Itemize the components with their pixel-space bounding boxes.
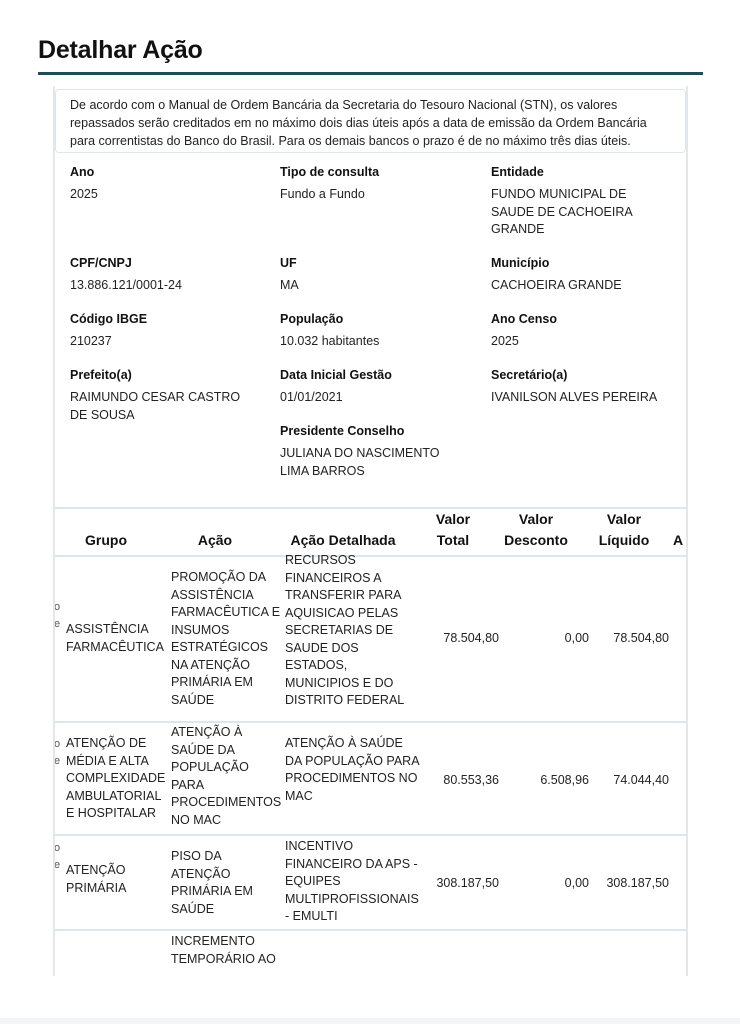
field-value: 01/01/2021 [280,389,470,407]
field-label: CPF/CNPJ [70,255,260,271]
cell-acao-detalhada: ATENÇÃO À SAÚDE DA POPULAÇÃO PARA PROCED… [285,735,420,805]
col-header-grupo[interactable]: Grupo [65,530,147,551]
field-label: População [280,311,470,327]
table-row[interactable]: oe ATENÇÃO PRIMÁRIA PISO DA ATENÇÃO PRIM… [55,836,687,931]
cell-valor-desconto: 6.508,96 [515,773,589,787]
detalhar-acao-page: Detalhar Ação De acordo com o Manual de … [0,0,740,1024]
cell-acao: ATENÇÃO À SAÚDE DA POPULAÇÃO PARA PROCED… [171,724,283,829]
col-header-valor-liquido[interactable]: Valor Líquido [590,509,658,551]
field-value: 2025 [70,186,260,204]
field-value: CACHOEIRA GRANDE [491,277,681,295]
cell-valor-desconto: 0,00 [515,631,589,645]
field-label: Tipo de consulta [280,164,470,180]
col-header-valor-total[interactable]: Valor Total [425,509,481,551]
stn-notice: De acordo com o Manual de Ordem Bancária… [55,89,686,153]
cell-valor-total: 308.187,50 [425,876,499,890]
field-secretario: Secretário(a) IVANILSON ALVES PEREIRA [491,367,691,407]
field-value: RAIMUNDO CESAR CASTRO DE SOUSA [70,389,250,424]
table-header: Grupo Ação Ação Detalhada Valor Total Va… [55,507,687,557]
field-label: UF [280,255,470,271]
field-label: Prefeito(a) [70,367,250,383]
field-uf: UF MA [280,255,470,295]
field-ano: Ano 2025 [70,164,260,204]
field-value: Fundo a Fundo [280,186,470,204]
field-value: MA [280,277,470,295]
field-entidade: Entidade FUNDO MUNICIPAL DE SAUDE DE CAC… [491,164,651,239]
field-codigo-ibge: Código IBGE 210237 [70,311,260,351]
cell-acao-detalhada: INCENTIVO FINANCEIRO DA APS - EQUIPES MU… [285,838,425,926]
hidden-column-stub: oe [55,599,60,633]
field-tipo-consulta: Tipo de consulta Fundo a Fundo [280,164,470,204]
table-row[interactable]: oe ATENÇÃO DE MÉDIA E ALTA COMPLEXIDADE … [55,723,687,836]
field-value: 210237 [70,333,260,351]
cell-grupo: ATENÇÃO PRIMÁRIA [66,862,171,897]
cell-acao-detalhada: RECURSOS FINANCEIROS A TRANSFERIR PARA A… [285,552,415,710]
cell-grupo: ASSISTÊNCIA FARMACÊUTICA [66,621,171,656]
col-header-acao-detalhada[interactable]: Ação Detalhada [283,530,403,551]
field-label: Ano [70,164,260,180]
col-header-valor-desconto[interactable]: Valor Desconto [495,509,577,551]
hidden-column-stub: oe [55,840,60,874]
field-label: Data Inicial Gestão [280,367,470,383]
field-municipio: Município CACHOEIRA GRANDE [491,255,681,295]
cell-acao: PROMOÇÃO DA ASSISTÊNCIA FARMACÊUTICA E I… [171,569,283,709]
page-title: Detalhar Ação [38,36,203,65]
table-row[interactable]: oe ASSISTÊNCIA FARMACÊUTICA PROMOÇÃO DA … [55,559,687,723]
hidden-column-stub: oe [55,736,60,770]
field-label: Presidente Conselho [280,423,450,439]
field-value: 2025 [491,333,681,351]
field-value: JULIANA DO NASCIMENTO LIMA BARROS [280,445,450,480]
field-prefeito: Prefeito(a) RAIMUNDO CESAR CASTRO DE SOU… [70,367,250,424]
field-cpf-cnpj: CPF/CNPJ 13.886.121/0001-24 [70,255,260,295]
cell-grupo: ATENÇÃO DE MÉDIA E ALTA COMPLEXIDADE AMB… [66,735,171,823]
field-value: IVANILSON ALVES PEREIRA [491,389,691,407]
field-data-inicial-gestao: Data Inicial Gestão 01/01/2021 [280,367,470,407]
cell-valor-liquido: 308.187,50 [595,876,669,890]
field-ano-censo: Ano Censo 2025 [491,311,681,351]
table-row[interactable]: INCREMENTO TEMPORÁRIO AO [55,931,687,976]
title-divider [38,72,703,75]
field-value: 10.032 habitantes [280,333,470,351]
cell-valor-liquido: 78.504,80 [595,631,669,645]
field-label: Ano Censo [491,311,681,327]
field-populacao: População 10.032 habitantes [280,311,470,351]
bottom-bar [0,1018,740,1024]
field-label: Município [491,255,681,271]
field-presidente-conselho: Presidente Conselho JULIANA DO NASCIMENT… [280,423,450,480]
field-label: Secretário(a) [491,367,691,383]
cell-acao: INCREMENTO TEMPORÁRIO AO [171,933,283,968]
field-value: FUNDO MUNICIPAL DE SAUDE DE CACHOEIRA GR… [491,186,651,239]
field-label: Entidade [491,164,651,180]
col-header-acao[interactable]: Ação [175,530,255,551]
cell-valor-liquido: 74.044,40 [595,773,669,787]
cell-valor-total: 80.553,36 [425,773,499,787]
cell-valor-desconto: 0,00 [515,876,589,890]
cell-acao: PISO DA ATENÇÃO PRIMÁRIA EM SAÚDE [171,848,283,918]
field-value: 13.886.121/0001-24 [70,277,260,295]
acoes-table[interactable]: Grupo Ação Ação Detalhada Valor Total Va… [55,507,687,976]
cell-valor-total: 78.504,80 [425,631,499,645]
col-header-partial[interactable]: A [673,530,687,551]
field-label: Código IBGE [70,311,260,327]
